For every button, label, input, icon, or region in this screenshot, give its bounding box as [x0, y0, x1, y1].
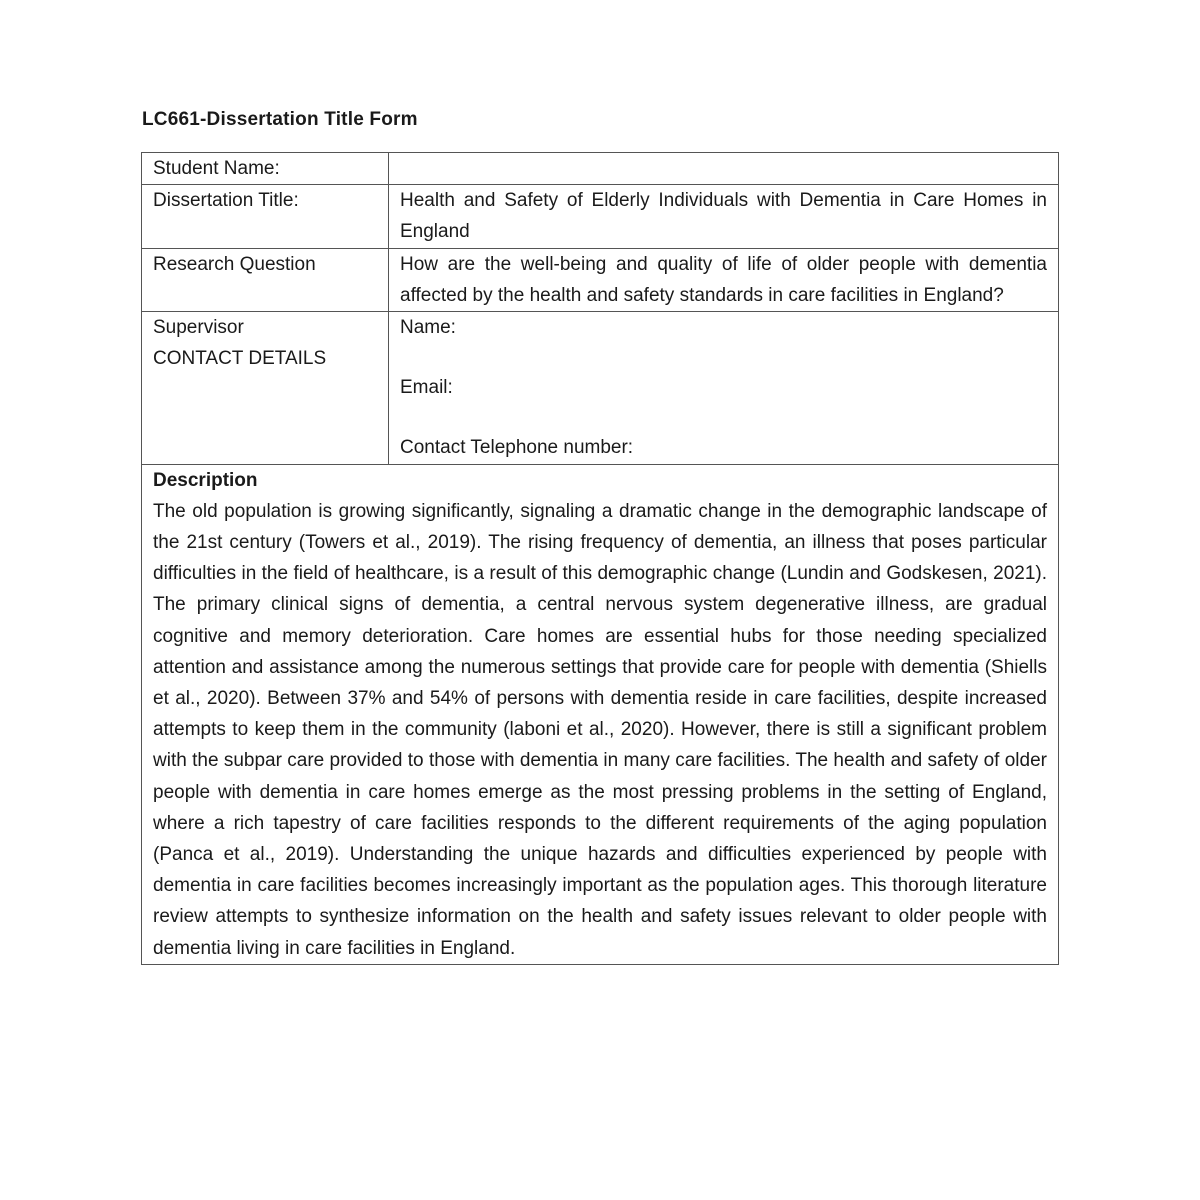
description-row: Description The old population is growin… [142, 464, 1059, 964]
dissertation-title-label: Dissertation Title: [142, 185, 389, 248]
supervisor-label: Supervisor CONTACT DETAILS [142, 312, 389, 465]
description-heading: Description [153, 465, 1047, 496]
description-cell: Description The old population is growin… [142, 464, 1059, 964]
student-name-label: Student Name: [142, 153, 389, 185]
dissertation-form-table: Student Name: Dissertation Title: Health… [141, 152, 1059, 965]
supervisor-email-label: Email: [400, 372, 1047, 403]
research-question-value: How are the well-being and quality of li… [389, 248, 1059, 311]
supervisor-row: Supervisor CONTACT DETAILS Name: Email: … [142, 312, 1059, 465]
supervisor-label-line1: Supervisor [153, 312, 377, 343]
description-text: The old population is growing significan… [153, 496, 1047, 964]
dissertation-title-value: Health and Safety of Elderly Individuals… [389, 185, 1059, 248]
supervisor-name-label: Name: [400, 312, 1047, 343]
supervisor-details: Name: Email: Contact Telephone number: [389, 312, 1059, 465]
form-title: LC661-Dissertation Title Form [142, 109, 418, 131]
research-question-label: Research Question [142, 248, 389, 311]
supervisor-phone-label: Contact Telephone number: [400, 432, 1047, 463]
student-name-row: Student Name: [142, 153, 1059, 185]
student-name-value [389, 153, 1059, 185]
research-question-row: Research Question How are the well-being… [142, 248, 1059, 311]
dissertation-title-row: Dissertation Title: Health and Safety of… [142, 185, 1059, 248]
supervisor-label-line2: CONTACT DETAILS [153, 343, 377, 374]
